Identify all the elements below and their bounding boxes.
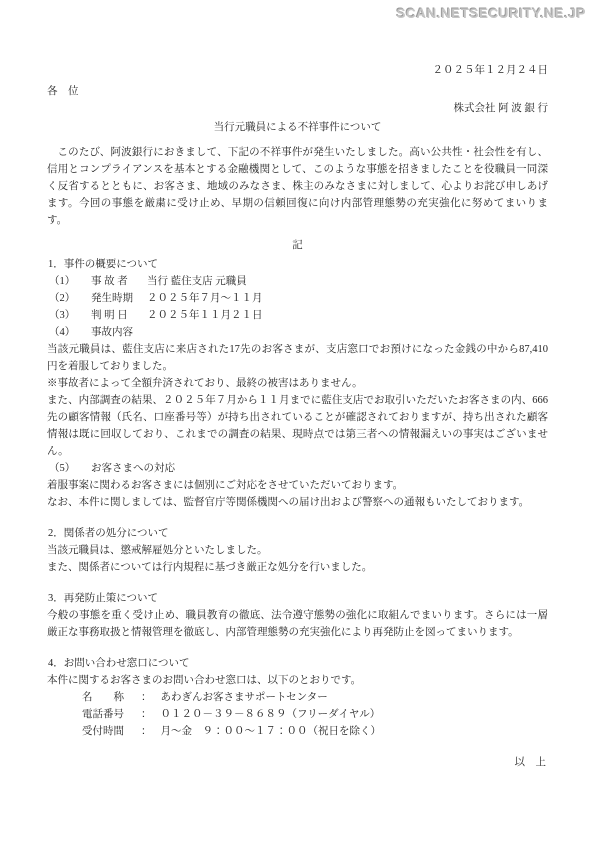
customer-response-paragraph: 着服事案に関わるお客さまには個別にご対応をさせていただいております。 [47,477,548,494]
contact-hours-row: 受付時間 ： 月～金 ９：００～１７：００（祝日を除く） [82,723,548,740]
contact-hours-label: 受付時間 [82,723,132,740]
contact-phone-row: 電話番号 ： ０１２０－３９－８６８９（フリーダイヤル） [82,706,548,723]
contact-hours-value: 月～金 ９：００～１７：００（祝日を除く） [161,723,382,740]
contact-separator: ： [132,689,161,706]
item-value: ２０２５年７月～１１月 [147,290,263,307]
company-name: 株式会社 阿 波 銀 行 [47,100,548,117]
item-label: 発生時期 [91,290,147,307]
item-label: 事故内容 [91,324,133,341]
watermark: SCAN.NETSECURITY.NE.JP [396,5,586,22]
section-prevention: 3．再発防止策について 今般の事態を重く受け止め、職員教育の徹底、法令遵守態勢の… [47,590,548,641]
document-title: 当行元職員による不祥事件について [47,119,548,136]
contact-separator: ： [132,706,161,723]
contact-separator: ： [132,723,161,740]
item-number: （5） [49,460,91,477]
item-label: お客さまへの対応 [91,460,175,477]
section-heading: 2．関係者の処分について [48,525,548,542]
contact-name-row: 名 称 ： あわぎんお客さまサポートセンター [82,689,548,706]
item-number: （1） [49,273,91,290]
closing-mark: 以 上 [47,754,548,771]
section-incident-summary: 1．事件の概要について （1） 事 故 者 当行 藍住支店 元職員 （2） 発生… [47,256,548,511]
item-offender: （1） 事 故 者 当行 藍住支店 元職員 [49,273,548,290]
section-heading: 3．再発防止策について [48,590,548,607]
item-number: （2） [49,290,91,307]
section-heading: 1．事件の概要について [48,256,548,273]
item-label: 判 明 日 [91,307,147,324]
incident-details-paragraph: また、内部調査の結果、２０２５年７月から１１月までに藍住支店でお取引いただいたお… [47,392,548,460]
contact-block: 名 称 ： あわぎんお客さまサポートセンター 電話番号 ： ０１２０－３９－８６… [82,689,548,740]
contact-phone-label: 電話番号 [82,706,132,723]
incident-details-paragraph: 当該元職員は、藍住支店に来店された17先のお客さまが、支店窓口でお預けになった金… [47,341,548,375]
item-period: （2） 発生時期 ２０２５年７月～１１月 [49,290,548,307]
record-mark: 記 [47,237,548,254]
incident-details-note: ※事故者によって全額弁済されており、最終の被害はありません。 [47,375,548,392]
document-page: SCAN.NETSECURITY.NE.JP ２０２５年１２月２４日 各 位 株… [0,0,595,841]
contact-name-label: 名 称 [82,689,132,706]
intro-paragraph: このたび、阿波銀行におきまして、下記の不祥事件が発生いたしました。高い公共性・社… [47,144,548,229]
item-number: （4） [49,324,91,341]
section-punishment: 2．関係者の処分について 当該元職員は、懲戒解雇処分といたしました。 また、関係… [47,525,548,576]
item-incident-details: （4） 事故内容 [49,324,548,341]
item-discovery-date: （3） 判 明 日 ２０２５年１１月２１日 [49,307,548,324]
item-value: ２０２５年１１月２１日 [147,307,263,324]
item-label: 事 故 者 [91,273,147,290]
item-customer-response: （5） お客さまへの対応 [49,460,548,477]
punishment-paragraph: また、関係者については行内規程に基づき厳正な処分を行いました。 [47,559,548,576]
addressee: 各 位 [47,83,548,100]
contact-name-value: あわぎんお客さまサポートセンター [161,689,328,706]
customer-response-paragraph: なお、本件に関しましては、監督官庁等関係機関への届け出および警察への通報もいたし… [47,494,548,511]
prevention-paragraph: 今般の事態を重く受け止め、職員教育の徹底、法令遵守態勢の強化に取組んでまいります… [47,607,548,641]
section-heading: 4．お問い合わせ窓口について [48,655,548,672]
punishment-paragraph: 当該元職員は、懲戒解雇処分といたしました。 [47,542,548,559]
contact-phone-value: ０１２０－３９－８６８９（フリーダイヤル） [161,706,381,723]
section-inquiries: 4．お問い合わせ窓口について 本件に関するお客さまのお問い合わせ窓口は、以下のと… [47,655,548,740]
inquiries-intro: 本件に関するお客さまのお問い合わせ窓口は、以下のとおりです。 [47,672,548,689]
document-date: ２０２５年１２月２４日 [47,62,548,79]
item-value: 当行 藍住支店 元職員 [147,273,247,290]
item-number: （3） [49,307,91,324]
